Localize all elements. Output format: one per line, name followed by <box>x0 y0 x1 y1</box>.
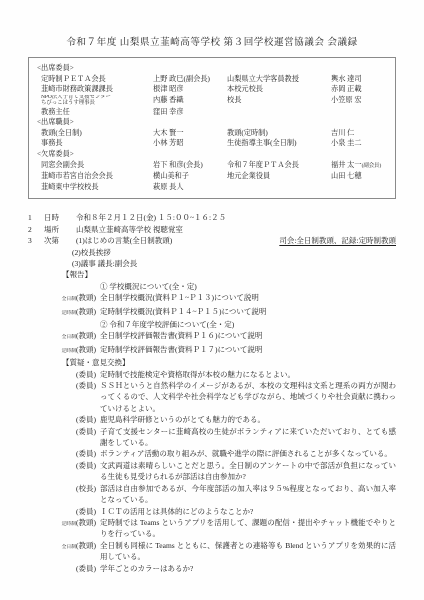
speaker-block: (校長) <box>36 483 96 506</box>
name-cell: 輿水 達司 <box>331 74 387 85</box>
speaker-label: (教頭) <box>76 306 96 317</box>
roster-row: 韮崎市若宮自治会会長 横山美和子 地元企業役員 山田 七穂 <box>37 171 387 182</box>
speaker-block: (委員) <box>36 380 96 414</box>
speaker-label: (校長) <box>76 483 96 494</box>
name-note: (副会長) <box>362 163 382 169</box>
qa-line: (校長) 部活は自由参加であるが、今年度部活の加入率は９５%程度となっており、高… <box>36 483 396 506</box>
speaker-block: 全日制(教頭) <box>36 330 96 343</box>
agenda-line-2: (2)校長挨拶 <box>72 247 396 258</box>
agenda-line-1: (1)はじめの言葉(全日制教頭) 司会:全日制教頭、記録:定時制教頭 <box>76 235 396 246</box>
document-page: 令和７年度 山梨県立韮崎高等学校 第３回学校運営協議会 会議録 <出席委員> 定… <box>0 0 424 600</box>
speaker-prefix: 定時制 <box>62 346 76 357</box>
name-cell: 赤岡 正載 <box>331 84 387 95</box>
name-cell: 福井 太一(副会長) <box>331 160 387 172</box>
name-cell: 山田 七穂 <box>331 171 387 182</box>
agenda-item-order: 3 次第 (1)はじめの言葉(全日制教頭) 司会:全日制教頭、記録:定時制教頭 <box>28 235 396 246</box>
name-cell: 大木 賢一 <box>153 128 227 139</box>
role-cell: 定時制ＰＥＴＡ会長 <box>41 74 153 85</box>
qa-text: 学年ごとのカラーはあるか? <box>100 563 396 574</box>
report-line: 全日制(教頭) 全日制学校評価報告書(資料Ｐ１６)について説明 <box>36 330 396 343</box>
report-line: 定時制(教頭) 定時制学校概況(資料Ｐ１４~Ｐ１５)について説明 <box>36 306 396 319</box>
qa-text: ＳＳＨというと自然科学のイメージがあるが、本校の文理科は文系と理系の両方が関わっ… <box>100 380 396 414</box>
speaker-block: (委員) <box>36 460 96 483</box>
moderator-note: 司会:全日制教頭、記録:定時制教頭 <box>279 235 396 246</box>
role-cell: 生徒指導主事(全日制) <box>227 138 331 149</box>
qa-line: (委員) ＩＣＴの活用とは具体的にどのようなことか? <box>36 506 396 517</box>
item-label: 日時 <box>44 212 72 223</box>
qa-text: 部活は自由参加であるが、今年度部活の加入率は９５%程度となっており、高い加入率と… <box>100 483 396 506</box>
roster-row: 教頭(全日制) 大木 賢一 教頭(定時制) 吉川 仁 <box>37 128 387 139</box>
report-topic-2: ② 令和７年度学校評価について(全・定) <box>100 319 396 330</box>
qa-line: 定時制(教頭) 定時制では Teams というアプリを活用して、課題の配信・提出… <box>36 517 396 540</box>
role-cell: 韮崎市若宮自治会会長 <box>41 171 153 182</box>
item-label: 次第 <box>44 235 72 246</box>
role-cell: 校長 <box>227 95 331 106</box>
speaker-block: (委員) <box>36 506 96 517</box>
speaker-label: (委員) <box>76 380 96 391</box>
speaker-label: (委員) <box>76 460 96 471</box>
qa-line: (委員) 鹿児島科学研修というのがとても魅力的である。 <box>36 414 396 425</box>
qa-tag: 【質疑・意見交換】 <box>62 357 396 368</box>
roster-row: 韮崎市財務政策課課長 根津 昭彦 本校元校長 赤岡 正載 <box>37 84 387 95</box>
qa-line: 全日制(教頭) 全日制も同様に Teams とともに、保護者との連絡等も Ble… <box>36 540 396 563</box>
speaker-prefix: 定時制 <box>62 308 76 319</box>
role-cell: 本校元校長 <box>227 84 331 95</box>
qa-text: 定時制で技能検定や資格取得が本校の魅力になるとよい。 <box>100 369 396 380</box>
speaker-block: 全日制(教頭) <box>36 292 96 305</box>
roster-row: 事務長 小林 芳昭 生徒指導主事(全日制) 小泉 圭二 <box>37 138 387 149</box>
roster-row: 定時制ＰＥＴＡ会長 上野 政巳(副会長) 山梨県立大学客員教授 輿水 達司 <box>37 74 387 85</box>
qa-line: (委員) 子育て支援センターに韮崎高校の生徒がボランティアに来ていただいており、… <box>36 426 396 449</box>
speaker-label: (教頭) <box>76 344 96 355</box>
qa-text: 文武両道は素晴らしいことだと思う。全日制のアンケートの中で部活が負担になっている… <box>100 460 396 483</box>
roster-row: 教務主任 窪田 幸彦 <box>37 107 387 118</box>
role-cell: 地元企業役員 <box>227 171 331 182</box>
agenda-item-place: 2 場所 山梨県立韮崎高等学校 視聴覚室 <box>28 224 396 235</box>
name-text: 福井 太一 <box>331 161 362 169</box>
speaker-label: (教頭) <box>76 517 96 528</box>
role-cell: 教頭(定時制) <box>227 128 331 139</box>
role-cell: 山梨県立大学客員教授 <box>227 74 331 85</box>
qa-text: ボランティア活動の取り組みが、就職や進学の際に評価されることが多くなっている。 <box>100 448 396 459</box>
role-cell: NPO法人子育て支援センター ちびっこはうす理事長 <box>41 95 153 107</box>
speaker-block: 全日制(教頭) <box>36 540 96 563</box>
minutes-body: 1 日時 令和８年２月１２日(金) １５:００~１６:２５ 2 場所 山梨県立韮… <box>28 212 396 574</box>
qa-text: 子育て支援センターに韮崎高校の生徒がボランティアに来ていただいており、とても感謝… <box>100 426 396 449</box>
speaker-label: (委員) <box>76 414 96 425</box>
role-cell: 韮崎市財務政策課課長 <box>41 84 153 95</box>
speaker-block: 定時制(教頭) <box>36 306 96 319</box>
speaker-block: 定時制(教頭) <box>36 344 96 357</box>
roster-row: 韮崎東中学校校長 萩原 長人 <box>37 182 387 193</box>
report-line: 全日制(教頭) 全日制学校概況(資料Ｐ１~Ｐ１３)について説明 <box>36 292 396 305</box>
qa-text: ＩＣＴの活用とは具体的にどのようなことか? <box>100 506 396 517</box>
report-text: 全日制学校評価報告書(資料Ｐ１６)について説明 <box>100 330 396 343</box>
speaker-prefix: 全日制 <box>62 294 76 305</box>
section-heading-attendees: <出席委員> <box>37 63 387 74</box>
name-cell: 窪田 幸彦 <box>153 107 227 118</box>
item-text: 山梨県立韮崎高等学校 視聴覚室 <box>76 224 396 235</box>
speaker-block: (委員) <box>36 369 96 380</box>
spacer <box>172 235 279 246</box>
agenda-item-datetime: 1 日時 令和８年２月１２日(金) １５:００~１６:２５ <box>28 212 396 223</box>
report-tag: 【報告】 <box>62 269 396 280</box>
report-text: 定時制学校概況(資料Ｐ１４~Ｐ１５)について説明 <box>100 306 396 319</box>
agenda-step: (1)はじめの言葉(全日制教頭) <box>76 235 172 246</box>
absent-section: <欠席委員> 同窓会副会長 岩下 和彦(会長) 令和７年度ＰＴＡ会長 福井 太一… <box>37 149 387 192</box>
name-cell: 小林 芳昭 <box>153 138 227 149</box>
attendee-section: <出席委員> 定時制ＰＥＴＡ会長 上野 政巳(副会長) 山梨県立大学客員教授 輿… <box>37 63 387 117</box>
report-text: 全日制学校概況(資料Ｐ１~Ｐ１３)について説明 <box>100 292 396 305</box>
roster-row: 同窓会副会長 岩下 和彦(会長) 令和７年度ＰＴＡ会長 福井 太一(副会長) <box>37 160 387 172</box>
speaker-prefix: 全日制 <box>62 542 76 553</box>
speaker-block: 定時制(教頭) <box>36 517 96 540</box>
qa-line: (委員) ＳＳＨというと自然科学のイメージがあるが、本校の文理科は文系と理系の両… <box>36 380 396 414</box>
qa-line: (委員) 文武両道は素晴らしいことだと思う。全日制のアンケートの中で部活が負担に… <box>36 460 396 483</box>
document-title: 令和７年度 山梨県立韮崎高等学校 第３回学校運営協議会 会議録 <box>28 34 396 48</box>
name-cell: 吉川 仁 <box>331 128 387 139</box>
section-heading-absent: <欠席委員> <box>37 149 387 160</box>
item-text: 令和８年２月１２日(金) １５:００~１６:２５ <box>76 212 396 223</box>
speaker-label: (教頭) <box>76 330 96 341</box>
role-cell: 事務長 <box>41 138 153 149</box>
speaker-label: (教頭) <box>76 292 96 303</box>
speaker-label: (委員) <box>76 426 96 437</box>
speaker-block: (委員) <box>36 448 96 459</box>
speaker-label: (委員) <box>76 448 96 459</box>
speaker-label: (委員) <box>76 563 96 574</box>
qa-line: (委員) 学年ごとのカラーはあるか? <box>36 563 396 574</box>
qa-text: 鹿児島科学研修というのがとても魅力的である。 <box>100 414 396 425</box>
report-text: 定時制学校評価報告書(資料Ｐ１７)について説明 <box>100 344 396 357</box>
qa-text: 定時制では Teams というアプリを活用して、課題の配信・提出やチャット機能で… <box>100 517 396 540</box>
name-cell: 根津 昭彦 <box>153 84 227 95</box>
name-cell: 内藤 香織 <box>153 95 227 106</box>
role-cell: 教頭(全日制) <box>41 128 153 139</box>
item-number: 1 <box>28 212 40 223</box>
agenda-line-3: (3)議事 議長:副会長 <box>72 258 396 269</box>
role-cell: 同窓会副会長 <box>41 160 153 171</box>
speaker-label: (委員) <box>76 506 96 517</box>
report-topic-1: ① 学校概況について(全・定) <box>100 281 396 292</box>
item-number: 2 <box>28 224 40 235</box>
staff-section: <出席職員> 教頭(全日制) 大木 賢一 教頭(定時制) 吉川 仁 事務長 小林… <box>37 117 387 149</box>
qa-line: (委員) 定時制で技能検定や資格取得が本校の魅力になるとよい。 <box>36 369 396 380</box>
speaker-block: (委員) <box>36 426 96 449</box>
qa-line: (委員) ボランティア活動の取り組みが、就職や進学の際に評価されることが多くなっ… <box>36 448 396 459</box>
role-cell: 令和７年度ＰＴＡ会長 <box>227 160 331 171</box>
name-cell: 小笠原 宏 <box>331 95 387 106</box>
speaker-block: (委員) <box>36 414 96 425</box>
name-cell: 小泉 圭二 <box>331 138 387 149</box>
speaker-prefix: 定時制 <box>62 519 76 530</box>
name-cell: 横山美和子 <box>153 171 227 182</box>
section-heading-staff: <出席職員> <box>37 117 387 128</box>
roster-row: NPO法人子育て支援センター ちびっこはうす理事長 内藤 香織 校長 小笠原 宏 <box>37 95 387 107</box>
name-cell: 上野 政巳(副会長) <box>153 74 227 85</box>
name-cell: 岩下 和彦(会長) <box>153 160 227 171</box>
speaker-label: (教頭) <box>76 540 96 551</box>
speaker-label: (委員) <box>76 369 96 380</box>
attendee-box: <出席委員> 定時制ＰＥＴＡ会長 上野 政巳(副会長) 山梨県立大学客員教授 輿… <box>28 57 396 199</box>
item-label: 場所 <box>44 224 72 235</box>
speaker-prefix: 全日制 <box>62 332 76 343</box>
name-cell: 萩原 長人 <box>153 182 227 193</box>
item-number: 3 <box>28 235 40 246</box>
report-line: 定時制(教頭) 定時制学校評価報告書(資料Ｐ１７)について説明 <box>36 344 396 357</box>
role-cell: 教務主任 <box>41 107 153 118</box>
role-cell: 韮崎東中学校校長 <box>41 182 153 193</box>
qa-text: 全日制も同様に Teams とともに、保護者との連絡等も Blend というアプ… <box>100 540 396 563</box>
speaker-block: (委員) <box>36 563 96 574</box>
